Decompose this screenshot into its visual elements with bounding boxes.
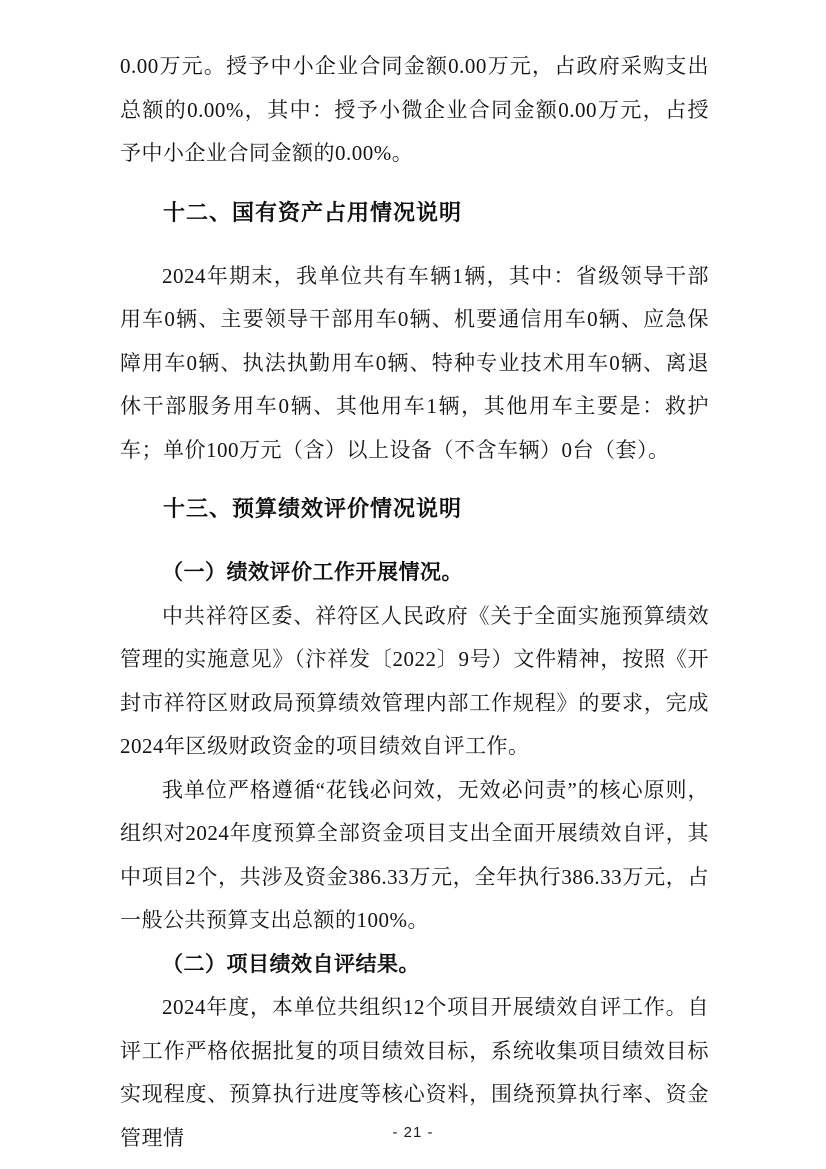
section-12-heading: 十二、国有资产占用情况说明 — [120, 198, 709, 229]
subsection-1-heading: （一）绩效评价工作开展情况。 — [120, 551, 709, 595]
paragraph-evaluation-basis: 中共祥符区委、祥符区人民政府《关于全面实施预算绩效管理的实施意见》（汴祥发〔20… — [120, 595, 709, 769]
section-13-heading: 十三、预算绩效评价情况说明 — [120, 494, 709, 525]
document-page: 0.00万元。授予中小企业合同金额0.00万元，占政府采购支出总额的0.00%，… — [0, 0, 826, 1169]
paragraph-state-asset-usage: 2024年期末，我单位共有车辆1辆，其中：省级领导干部用车0辆、主要领导干部用车… — [120, 255, 709, 473]
paragraph-procurement-continuation: 0.00万元。授予中小企业合同金额0.00万元，占政府采购支出总额的0.00%，… — [120, 45, 709, 176]
subsection-2-heading: （二）项目绩效自评结果。 — [120, 943, 709, 987]
paragraph-self-evaluation-scope: 我单位严格遵循“花钱必问效，无效必问责”的核心原则，组织对2024年度预算全部资… — [120, 769, 709, 943]
page-number: - 21 - — [0, 1124, 826, 1141]
